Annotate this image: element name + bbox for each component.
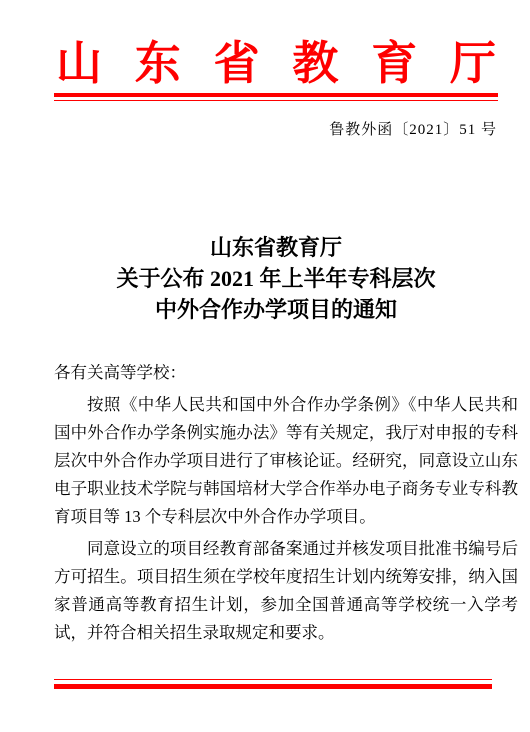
body-paragraph-1: 按照《中华人民共和国中外合作办学条例》《中华人民共和国中外合作办学条例实施办法》…: [54, 391, 518, 531]
footer-divider-rule: [54, 679, 492, 689]
agency-masthead: 山 东 省 教 育 厅: [56, 38, 496, 90]
salutation: 各有关高等学校：: [54, 359, 518, 387]
document-reference-number: 鲁教外函〔2021〕51 号: [329, 119, 497, 141]
document-page: 山 东 省 教 育 厅 鲁教外函〔2021〕51 号 山东省教育厅 关于公布 2…: [0, 0, 530, 732]
title-line-1: 山东省教育厅: [54, 232, 498, 263]
header-divider-rule: [54, 93, 498, 101]
title-line-2: 关于公布 2021 年上半年专科层次: [54, 263, 498, 294]
document-title: 山东省教育厅 关于公布 2021 年上半年专科层次 中外合作办学项目的通知: [54, 232, 498, 325]
body-paragraph-2: 同意设立的项目经教育部备案通过并核发项目批准书编号后方可招生。项目招生须在学校年…: [54, 535, 518, 647]
title-line-3: 中外合作办学项目的通知: [54, 294, 498, 325]
document-body: 各有关高等学校： 按照《中华人民共和国中外合作办学条例》《中华人民共和国中外合作…: [54, 359, 518, 647]
